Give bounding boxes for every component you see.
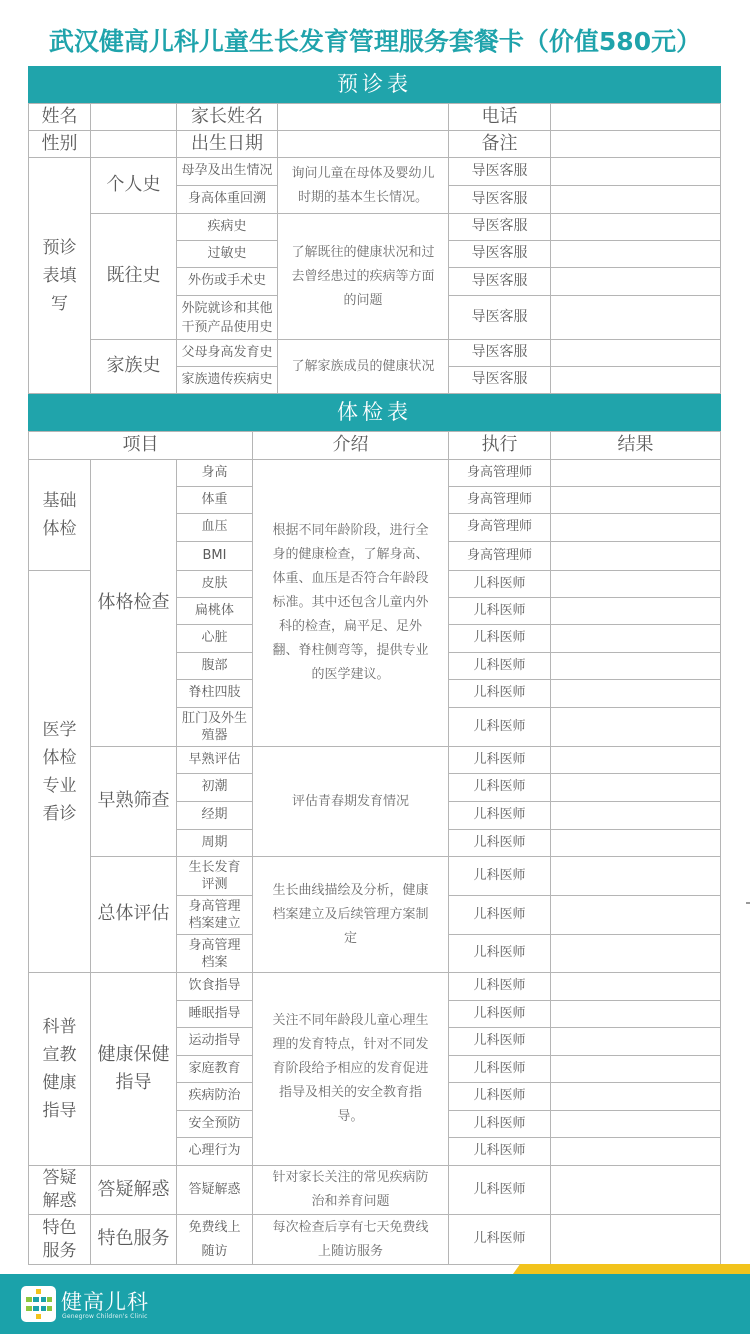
pre-exam-band: 预诊表 bbox=[28, 66, 721, 103]
description-cell: 了解家族成员的健康状况 bbox=[277, 339, 449, 394]
item-cell: 周期 bbox=[176, 829, 253, 857]
exec-cell: 儿科医师 bbox=[448, 746, 551, 774]
item-cell: 母孕及出生情况 bbox=[176, 157, 278, 186]
remark-field[interactable] bbox=[550, 295, 721, 340]
exec-cell: 身高管理师 bbox=[448, 541, 551, 571]
result-field[interactable] bbox=[550, 829, 721, 857]
item-cell: 身高体重回溯 bbox=[176, 185, 278, 214]
item-cell: 经期 bbox=[176, 801, 253, 830]
item-cell: 安全预防 bbox=[176, 1110, 253, 1138]
item-cell: 运动指导 bbox=[176, 1027, 253, 1056]
item-cell: 身高管理档案 bbox=[176, 934, 253, 973]
item-cell: 答疑解惑 bbox=[176, 1165, 253, 1215]
exec-cell: 儿科医师 bbox=[448, 1165, 551, 1215]
exec-cell: 儿科医师 bbox=[448, 1214, 551, 1265]
parent-name-field[interactable] bbox=[277, 103, 449, 131]
group-health-guidance: 健康保健指导 bbox=[90, 972, 177, 1166]
description-cell: 每次检查后享有七天免费线上随访服务 bbox=[252, 1214, 449, 1265]
exec-cell: 儿科医师 bbox=[448, 1055, 551, 1083]
brand-logo-icon bbox=[21, 1286, 56, 1322]
exec-cell: 导医客服 bbox=[448, 267, 551, 296]
parent-name-label: 家长姓名 bbox=[176, 103, 278, 131]
group-overall-assessment: 总体评估 bbox=[90, 856, 177, 973]
item-cell: 家族遗传疾病史 bbox=[176, 366, 278, 394]
result-field[interactable] bbox=[550, 1000, 721, 1028]
remark-field[interactable] bbox=[550, 185, 721, 214]
description-cell: 针对家长关注的常见疾病防治和养育问题 bbox=[252, 1165, 449, 1215]
exec-cell: 儿科医师 bbox=[448, 972, 551, 1001]
item-cell: 生长发育评测 bbox=[176, 856, 253, 896]
item-cell: 身高管理档案建立 bbox=[176, 895, 253, 935]
birth-date-field[interactable] bbox=[277, 130, 449, 158]
item-cell: 心理行为 bbox=[176, 1137, 253, 1166]
item-cell: 家庭教育 bbox=[176, 1055, 253, 1083]
group-qa: 答疑解惑 bbox=[90, 1165, 177, 1215]
exec-cell: 儿科医师 bbox=[448, 652, 551, 680]
page-title: 武汉健高儿科儿童生长发育管理服务套餐卡（价值580元） bbox=[0, 22, 750, 58]
description-cell: 评估青春期发育情况 bbox=[252, 746, 449, 857]
note-field[interactable] bbox=[550, 130, 721, 158]
item-cell: 早熟评估 bbox=[176, 746, 253, 774]
description-cell: 生长曲线描绘及分析，健康档案建立及后续管理方案制定 bbox=[252, 856, 449, 973]
item-cell: 外院就诊和其他干预产品使用史 bbox=[176, 295, 278, 340]
group-personal-history: 个人史 bbox=[90, 157, 177, 214]
description-cell: 关注不同年龄段儿童心理生理的发育特点，针对不同发育阶段给予相应的发育促进指导及相… bbox=[252, 972, 449, 1166]
result-field[interactable] bbox=[550, 679, 721, 708]
result-field[interactable] bbox=[550, 541, 721, 571]
gender-label: 性别 bbox=[28, 130, 91, 158]
section-pre-exam-fill: 预诊表填写 bbox=[28, 157, 91, 394]
exec-cell: 导医客服 bbox=[448, 295, 551, 340]
exec-cell: 身高管理师 bbox=[448, 486, 551, 514]
exec-cell: 导医客服 bbox=[448, 185, 551, 214]
item-cell: 腹部 bbox=[176, 652, 253, 680]
result-field[interactable] bbox=[550, 486, 721, 514]
header-exec: 执行 bbox=[448, 431, 551, 460]
gender-field[interactable] bbox=[90, 130, 177, 158]
item-cell: 疾病史 bbox=[176, 213, 278, 241]
exec-cell: 儿科医师 bbox=[448, 856, 551, 896]
exec-cell: 身高管理师 bbox=[448, 513, 551, 542]
brand-name: 健高儿科 bbox=[61, 1286, 149, 1316]
brand-subtitle: Genegrow Children's Clinic bbox=[62, 1313, 148, 1320]
remark-field[interactable] bbox=[550, 339, 721, 367]
description-cell: 根据不同年龄阶段，进行全身的健康检查，了解身高、体重、血压是否符合年龄段标准。其… bbox=[252, 459, 449, 747]
exec-cell: 导医客服 bbox=[448, 240, 551, 268]
item-cell: BMI bbox=[176, 541, 253, 571]
result-field[interactable] bbox=[550, 652, 721, 680]
result-field[interactable] bbox=[550, 1082, 721, 1111]
name-field[interactable] bbox=[90, 103, 177, 131]
footer-accent-stripe bbox=[513, 1264, 750, 1274]
item-cell: 扁桃体 bbox=[176, 597, 253, 625]
exec-cell: 儿科医师 bbox=[448, 707, 551, 747]
birth-date-label: 出生日期 bbox=[176, 130, 278, 158]
item-cell: 体重 bbox=[176, 486, 253, 514]
header-result: 结果 bbox=[550, 431, 721, 460]
exec-cell: 导医客服 bbox=[448, 213, 551, 241]
result-field[interactable] bbox=[550, 1165, 721, 1215]
item-cell: 初潮 bbox=[176, 773, 253, 802]
item-cell: 皮肤 bbox=[176, 570, 253, 598]
result-field[interactable] bbox=[550, 1055, 721, 1083]
item-cell: 身高 bbox=[176, 459, 253, 487]
exec-cell: 儿科医师 bbox=[448, 1027, 551, 1056]
exec-cell: 儿科医师 bbox=[448, 934, 551, 973]
item-cell: 免费线上随访 bbox=[176, 1214, 253, 1265]
section-basic-exam: 基础体检 bbox=[28, 459, 91, 571]
exec-cell: 儿科医师 bbox=[448, 895, 551, 935]
exec-cell: 儿科医师 bbox=[448, 679, 551, 708]
phone-field[interactable] bbox=[550, 103, 721, 131]
result-field[interactable] bbox=[550, 972, 721, 1001]
exec-cell: 儿科医师 bbox=[448, 1137, 551, 1166]
group-family-history: 家族史 bbox=[90, 339, 177, 394]
item-cell: 肛门及外生殖器 bbox=[176, 707, 253, 747]
item-cell: 血压 bbox=[176, 513, 253, 542]
section-qa: 答疑解惑 bbox=[28, 1165, 91, 1215]
exec-cell: 儿科医师 bbox=[448, 597, 551, 625]
group-past-history: 既往史 bbox=[90, 213, 177, 340]
result-field[interactable] bbox=[550, 459, 721, 487]
item-cell: 外伤或手术史 bbox=[176, 267, 278, 296]
item-cell: 脊柱四肢 bbox=[176, 679, 253, 708]
result-field[interactable] bbox=[550, 895, 721, 935]
result-field[interactable] bbox=[550, 773, 721, 802]
header-intro: 介绍 bbox=[252, 431, 449, 460]
group-special-service: 特色服务 bbox=[90, 1214, 177, 1265]
group-precocity-screening: 早熟筛查 bbox=[90, 746, 177, 857]
exec-cell: 儿科医师 bbox=[448, 829, 551, 857]
exec-cell: 儿科医师 bbox=[448, 1082, 551, 1111]
result-field[interactable] bbox=[550, 1214, 721, 1265]
group-physical-check: 体格检查 bbox=[90, 459, 177, 747]
result-field[interactable] bbox=[550, 1137, 721, 1166]
exec-cell: 儿科医师 bbox=[448, 773, 551, 802]
section-medical-exam: 医学体检专业看诊 bbox=[28, 570, 91, 973]
remark-field[interactable] bbox=[550, 267, 721, 296]
header-item: 项目 bbox=[28, 431, 253, 460]
remark-field[interactable] bbox=[550, 366, 721, 394]
exec-cell: 儿科医师 bbox=[448, 801, 551, 830]
exec-cell: 儿科医师 bbox=[448, 624, 551, 653]
description-cell: 询问儿童在母体及婴幼儿时期的基本生长情况。 bbox=[277, 157, 449, 214]
phone-label: 电话 bbox=[448, 103, 551, 131]
result-field[interactable] bbox=[550, 707, 721, 747]
item-cell: 饮食指导 bbox=[176, 972, 253, 1001]
item-cell: 过敏史 bbox=[176, 240, 278, 268]
exec-cell: 儿科医师 bbox=[448, 570, 551, 598]
section-special-service: 特色服务 bbox=[28, 1214, 91, 1265]
exec-cell: 导医客服 bbox=[448, 339, 551, 367]
result-field[interactable] bbox=[550, 597, 721, 625]
exec-cell: 儿科医师 bbox=[448, 1110, 551, 1138]
result-field[interactable] bbox=[550, 513, 721, 542]
exec-cell: 儿科医师 bbox=[448, 1000, 551, 1028]
section-health-education: 科普宣教健康指导 bbox=[28, 972, 91, 1166]
result-field[interactable] bbox=[550, 1110, 721, 1138]
item-cell: 父母身高发育史 bbox=[176, 339, 278, 367]
exec-cell: 身高管理师 bbox=[448, 459, 551, 487]
result-field[interactable] bbox=[550, 746, 721, 774]
item-cell: 疾病防治 bbox=[176, 1082, 253, 1111]
result-field[interactable] bbox=[550, 934, 721, 973]
remark-field[interactable] bbox=[550, 157, 721, 186]
exec-cell: 导医客服 bbox=[448, 366, 551, 394]
edge-mark bbox=[746, 902, 750, 904]
exec-cell: 导医客服 bbox=[448, 157, 551, 186]
result-field[interactable] bbox=[550, 570, 721, 598]
remark-field[interactable] bbox=[550, 213, 721, 241]
note-label: 备注 bbox=[448, 130, 551, 158]
description-cell: 了解既往的健康状况和过去曾经患过的疾病等方面的问题 bbox=[277, 213, 449, 340]
item-cell: 睡眠指导 bbox=[176, 1000, 253, 1028]
name-label: 姓名 bbox=[28, 103, 91, 131]
item-cell: 心脏 bbox=[176, 624, 253, 653]
remark-field[interactable] bbox=[550, 240, 721, 268]
result-field[interactable] bbox=[550, 856, 721, 896]
physical-exam-band: 体检表 bbox=[28, 394, 721, 431]
result-field[interactable] bbox=[550, 1027, 721, 1056]
result-field[interactable] bbox=[550, 801, 721, 830]
result-field[interactable] bbox=[550, 624, 721, 653]
